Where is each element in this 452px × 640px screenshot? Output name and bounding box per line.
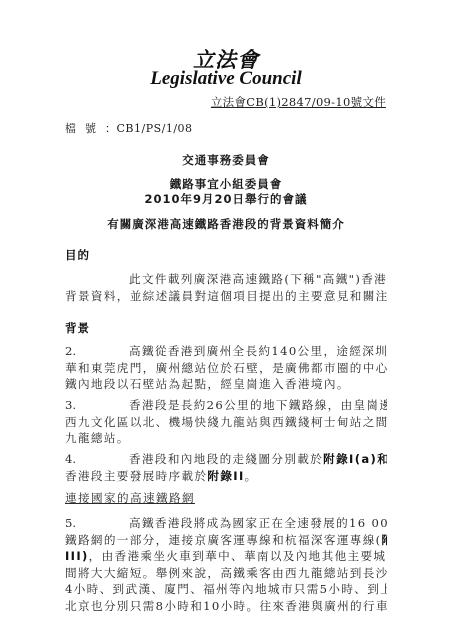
document-subject: 有關廣深港高速鐵路香港段的背景資料簡介 xyxy=(0,216,452,232)
paragraph-text: 香港段主要發展時序載於 xyxy=(65,469,207,483)
section-heading-purpose: 目的 xyxy=(65,247,90,263)
paragraph-text: 香港段和內地段的走綫圖分別載於 xyxy=(129,452,323,466)
committee-title: 交通事務委員會 xyxy=(0,152,452,168)
subcommittee-title: 鐵路事宜小組委員會 xyxy=(0,176,452,192)
paragraph-number: 3. xyxy=(65,397,129,414)
legco-logo-english: Legislative Council xyxy=(0,68,452,90)
paragraph-text: 鐵路網的一部分，連接京廣客運專線和杭福深客運專線( xyxy=(65,533,382,547)
paragraph-number: 4. xyxy=(65,451,129,468)
appendix-reference: 附錄I(a)和(b) xyxy=(323,452,387,466)
paragraph-line: 九龍總站。 xyxy=(65,430,387,447)
paragraph-2: 2.高鐵從香港到廣州全長約140公里，途經深圳福田、龍 華和東莞虎門，廣州總站位… xyxy=(65,343,387,393)
paragraph-number: 2. xyxy=(65,343,129,360)
file-reference-value: ：CB1/PS/1/08 xyxy=(105,122,193,135)
purpose-paragraph: 此文件載列廣深港高速鐵路(下稱"高鐵")香港段項目的 背景資料，並綜述議員對這個… xyxy=(65,271,387,304)
paragraph-line: 高鐵從香港到廣州全長約140公里，途經深圳福田、龍 xyxy=(129,344,387,358)
paragraph-line: 西九文化區以北、機場快綫九龍站與西鐵綫柯士甸站之間的西 xyxy=(65,414,387,431)
section-heading-network: 連接國家的高速鐵路網 xyxy=(65,490,195,506)
file-reference: 檔號：CB1/PS/1/08 xyxy=(65,120,193,136)
paragraph-line: 4小時、到武漢、廈門、福州等內地城市只需5小時、到上海和 xyxy=(65,581,387,598)
document-page: 立法會 Legislative Council 立法會CB(1)2847/09-… xyxy=(0,0,452,640)
section-heading-background: 背景 xyxy=(65,320,90,336)
paragraph-line: 此文件載列廣深港高速鐵路(下稱"高鐵")香港段項目的 xyxy=(129,272,387,286)
appendix-reference: 附錄 xyxy=(382,533,387,547)
paragraph-line: 北京也分別只需8小時和10小時。往來香港與廣州的行車時間將 xyxy=(65,598,387,615)
paragraph-line: 間將大大縮短。舉例來說，高鐵乘客由西九龍總站到長沙只需 xyxy=(65,565,387,582)
file-reference-label: 檔號 xyxy=(65,122,105,135)
meeting-date: 2010年9月20日舉行的會議 xyxy=(0,191,452,207)
paragraph-3: 3.香港段是長約26公里的地下鐵路線，由皇崗邊界往坐落 西九文化區以北、機場快綫… xyxy=(65,397,387,447)
paragraph-number: 5. xyxy=(65,515,129,532)
paragraph-line: 高鐵香港段將成為國家正在全速發展的16 000公里高速 xyxy=(129,516,387,530)
paragraph-line: 鐵內地段以石壁站為起點，經皇崗進入香港境內。 xyxy=(65,376,387,393)
paragraph-text: ，由香港乘坐火車到華中、華南以及內地其他主要城市的時 xyxy=(89,549,387,563)
paragraph-4: 4.香港段和內地段的走綫圖分別載於附錄I(a)和(b)。高鐵 香港段主要發展時序… xyxy=(65,451,387,484)
paragraph-line: 華和東莞虎門，廣州總站位於石壁，是廣佛都市圈的中心。高 xyxy=(65,360,387,377)
appendix-reference: III) xyxy=(65,549,89,563)
paragraph-line: 香港段是長約26公里的地下鐵路線，由皇崗邊界往坐落 xyxy=(129,398,387,412)
document-number: 立法會CB(1)2847/09-10號文件 xyxy=(211,94,386,110)
paragraph-line: 背景資料，並綜述議員對這個項目提出的主要意見和關注。 xyxy=(65,288,387,305)
paragraph-5: 5.高鐵香港段將成為國家正在全速發展的16 000公里高速 鐵路網的一部分，連接… xyxy=(65,515,387,615)
appendix-reference: 附錄II xyxy=(207,469,244,483)
paragraph-text: 。 xyxy=(245,469,258,483)
